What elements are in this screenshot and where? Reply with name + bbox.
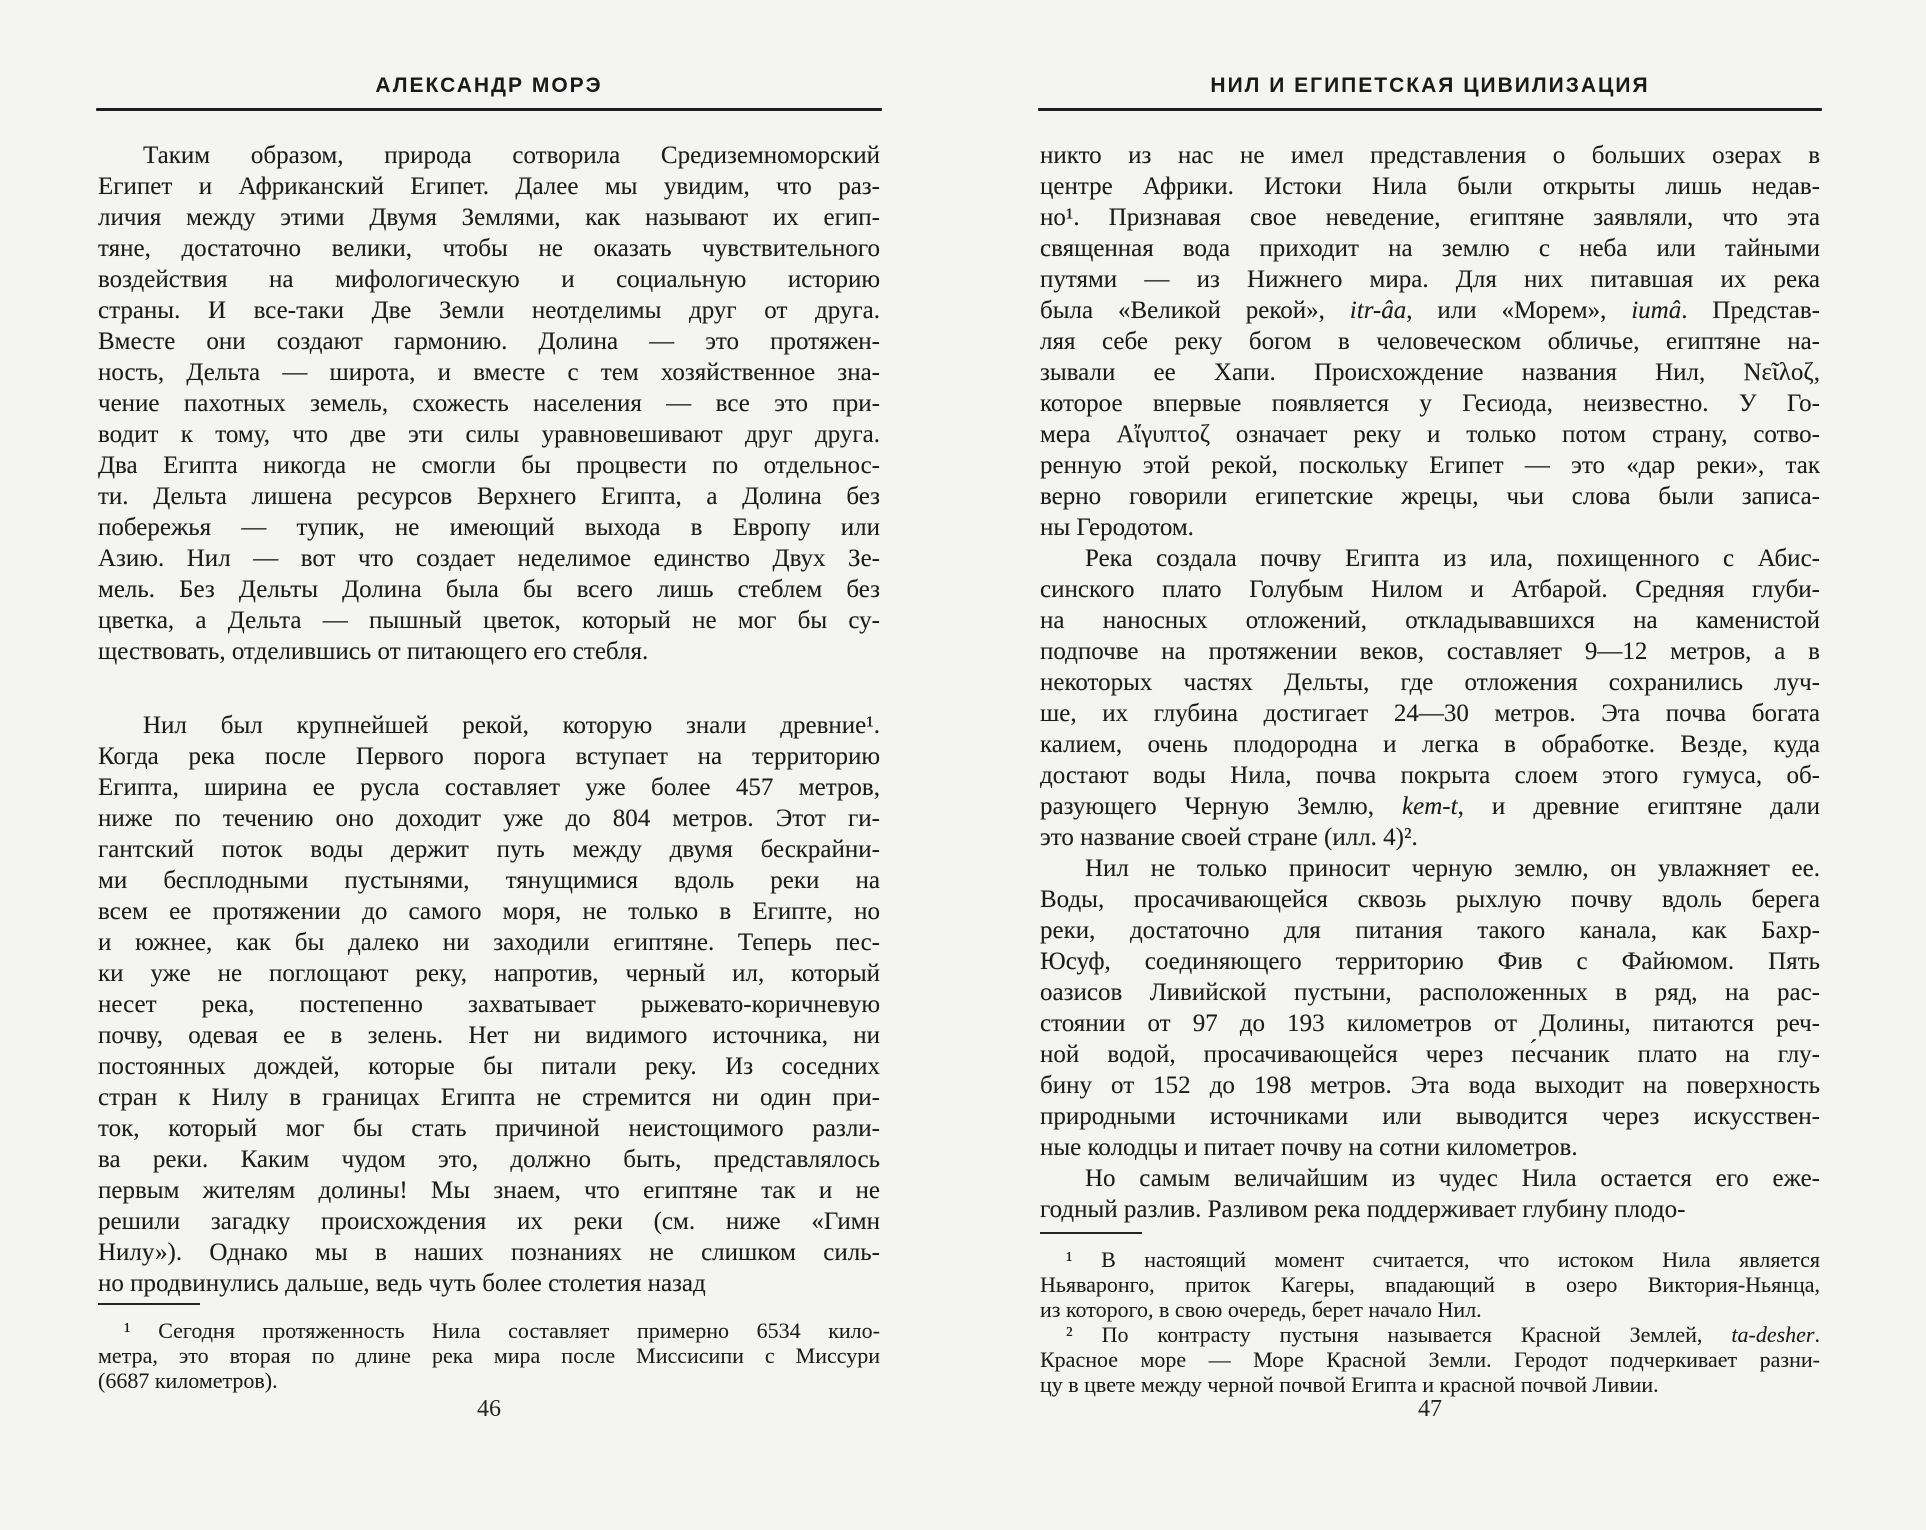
text-line: страны. И все-таки Две Земли неотделимы … [98,295,880,326]
text-line: реки, достаточно для питания такого кана… [1040,915,1820,946]
text-line: никто из нас не имел представления о бол… [1040,140,1820,171]
footnotes: ¹ В настоящий момент считается, что исто… [1040,1247,1820,1397]
text-line: Ньяваронго, приток Кагеры, впадающий в о… [1040,1272,1820,1297]
text-line: ² По контрасту пустыня называется Красно… [1040,1322,1820,1347]
text-line: стран к Нилу в границах Египта не стреми… [98,1082,880,1113]
text-line: ми бесплодными пустынями, тянущимися вдо… [98,865,880,896]
text-line: ляя себе реку богом в человеческом облич… [1040,326,1820,357]
paragraph: Но самым величайшим из чудес Нила остает… [1040,1163,1820,1225]
text-line: природными источниками или выводится чер… [1040,1101,1820,1132]
text-line: постоянных дождей, которые бы питали рек… [98,1051,880,1082]
text-line: ность, Дельта — широта, и вместе с тем х… [98,357,880,388]
text-line: Вместе они создают гармонию. Долина — эт… [98,326,880,357]
text-line: путями — из Нижнего мира. Для них питавш… [1040,264,1820,295]
text-line: подпочве на протяжении веков, составляет… [1040,636,1820,667]
text-line: ренную этой рекой, поскольку Египет — эт… [1040,450,1820,481]
text-line: всем ее протяжении до самого моря, не то… [98,896,880,927]
footnote: ¹ В настоящий момент считается, что исто… [1040,1247,1820,1322]
text-line: оазисов Ливийской пустыни, расположенных… [1040,977,1820,1008]
text-line: несет река, постепенно захватывает рыжев… [98,989,880,1020]
text-line: Когда река после Первого порога вступает… [98,741,880,772]
text-line: Два Египта никогда не смогли бы процвест… [98,450,880,481]
page-number: 47 [1040,1396,1820,1423]
text-line: ниже по течению оно доходит уже до 804 м… [98,803,880,834]
text-line: разующего Черную Землю, kem-t, и древние… [1040,791,1820,822]
text-line: цветка, а Дельта — пышный цветок, которы… [98,605,880,636]
paragraph: Нил не только приносит черную землю, он … [1040,853,1820,1163]
text-line: ¹ Сегодня протяженность Нила составляет … [98,1318,880,1343]
text-line: Нилу»). Однако мы в наших познаниях не с… [98,1237,880,1268]
text-line: Нил не только приносит черную землю, он … [1040,853,1820,884]
text-line: но¹. Признавая свое неведение, египтяне … [1040,202,1820,233]
paragraph: Река создала почву Египта из ила, похище… [1040,543,1820,853]
text-line: зывали ее Хапи. Происхождение названия Н… [1040,357,1820,388]
footnote: ² По контрасту пустыня называется Красно… [1040,1322,1820,1397]
italic-term: ta-desher [1731,1322,1814,1347]
text-line: тяне, достаточно велики, чтобы не оказат… [98,233,880,264]
text-line: Нил был крупнейшей рекой, которую знали … [98,710,880,741]
paragraph: никто из нас не имел представления о бол… [1040,140,1820,543]
text-line: синского плато Голубым Нилом и Атбарой. … [1040,574,1820,605]
footnote-separator [98,1303,200,1305]
text-line: калием, очень плодородна и легка в обраб… [1040,729,1820,760]
text-line: которое впервые появляется у Гесиода, не… [1040,388,1820,419]
page-number: 46 [98,1396,880,1423]
text-line: ¹ В настоящий момент считается, что исто… [1040,1247,1820,1272]
text-line: Египет и Африканский Египет. Далее мы ув… [98,171,880,202]
text-line: Азию. Нил — вот что создает неделимое ед… [98,543,880,574]
text-line: Но самым величайшим из чудес Нила остает… [1040,1163,1820,1194]
text-line: решили загадку происхождения их реки (см… [98,1206,880,1237]
text-line: почву, одевая ее в зелень. Нет ни видимо… [98,1020,880,1051]
text-line: и южнее, как бы далеко ни заходили египт… [98,927,880,958]
text-line: из которого, в свою очередь, берет начал… [1040,1297,1820,1322]
paragraph: Таким образом, природа сотворила Средизе… [98,140,880,667]
text-line: Египта, ширина ее русла составляет уже б… [98,772,880,803]
page-body: никто из нас не имел представления о бол… [1040,140,1820,1225]
text-line: цу в цвете между черной почвой Египта и … [1040,1372,1820,1397]
text-line: первым жителям долины! Мы знаем, что еги… [98,1175,880,1206]
page-body: Таким образом, природа сотворила Средизе… [98,140,880,1299]
text-line: некоторых частях Дельты, где отложения с… [1040,667,1820,698]
text-line: стоянии от 97 до 193 километров от Долин… [1040,1008,1820,1039]
running-header-title: НИЛ И ЕГИПЕТСКАЯ ЦИВИЛИЗАЦИЯ [1040,74,1820,98]
text-line: Воды, просачивающейся сквозь рыхлую почв… [1040,884,1820,915]
header-rule [96,108,882,111]
text-line: побережья — тупик, не имеющий выхода в Е… [98,512,880,543]
text-line: мера Αἴγυπτοζ означает реку и только пот… [1040,419,1820,450]
text-line: ны Геродотом. [1040,512,1820,543]
book-spread: АЛЕКСАНДР МОРЭ Таким образом, природа со… [0,0,1926,1530]
italic-term: itr-âa [1350,297,1406,324]
text-line: центре Африки. Истоки Нила были открыты … [1040,171,1820,202]
text-line: на наносных отложений, откладывавшихся н… [1040,605,1820,636]
text-line: мель. Без Дельты Долина была бы всего ли… [98,574,880,605]
text-line: это название своей стране (илл. 4)². [1040,822,1820,853]
text-line: Река создала почву Египта из ила, похище… [1040,543,1820,574]
text-line: но продвинулись дальше, ведь чуть более … [98,1268,880,1299]
footnote: ¹ Сегодня протяженность Нила составляет … [98,1318,880,1393]
italic-term: kem-t [1402,793,1458,820]
text-line: ки уже не поглощают реку, напротив, черн… [98,958,880,989]
text-line: ные колодцы и питает почву на сотни кило… [1040,1132,1820,1163]
text-line: ной водой, просачивающейся через пе́счан… [1040,1039,1820,1070]
text-line: бину от 152 до 198 метров. Эта вода выхо… [1040,1070,1820,1101]
text-line: священная вода приходит на землю с неба … [1040,233,1820,264]
page-left: АЛЕКСАНДР МОРЭ Таким образом, природа со… [98,0,880,1530]
text-line: чение пахотных земель, схожесть населени… [98,388,880,419]
text-line: водит к тому, что две эти силы уравновеш… [98,419,880,450]
header-rule [1038,108,1822,111]
text-line: личия между этими Двумя Землями, как наз… [98,202,880,233]
text-line: гантский поток воды держит путь между дв… [98,834,880,865]
text-line: годный разлив. Разливом река поддерживае… [1040,1194,1820,1225]
text-line: ти. Дельта лишена ресурсов Верхнего Егип… [98,481,880,512]
footnote-separator [1040,1232,1142,1234]
text-line: была «Великой рекой», itr-âa, или «Морем… [1040,295,1820,326]
text-line: достают воды Нила, почва покрыта слоем э… [1040,760,1820,791]
page-right: НИЛ И ЕГИПЕТСКАЯ ЦИВИЛИЗАЦИЯ никто из на… [1040,0,1820,1530]
text-line: воздействия на мифологическую и социальн… [98,264,880,295]
text-line: Юсуф, соединяющего территорию Фив с Файю… [1040,946,1820,977]
text-line: Красное море — Море Красной Земли. Герод… [1040,1347,1820,1372]
text-line: верно говорили египетские жрецы, чьи сло… [1040,481,1820,512]
text-line: Таким образом, природа сотворила Средизе… [98,140,880,171]
text-line: метра, это вторая по длине река мира пос… [98,1343,880,1368]
text-line: (6687 километров). [98,1368,880,1393]
text-line: ток, который мог бы стать причиной неист… [98,1113,880,1144]
text-line: ва реки. Каким чудом это, должно быть, п… [98,1144,880,1175]
text-line: ществовать, отделившись от питающего его… [98,636,880,667]
italic-term: iumâ [1631,297,1681,324]
paragraph: Нил был крупнейшей рекой, которую знали … [98,710,880,1299]
footnotes: ¹ Сегодня протяженность Нила составляет … [98,1318,880,1393]
running-header-author: АЛЕКСАНДР МОРЭ [98,74,880,98]
text-line: ше, их глубина достигает 24—30 метров. Э… [1040,698,1820,729]
